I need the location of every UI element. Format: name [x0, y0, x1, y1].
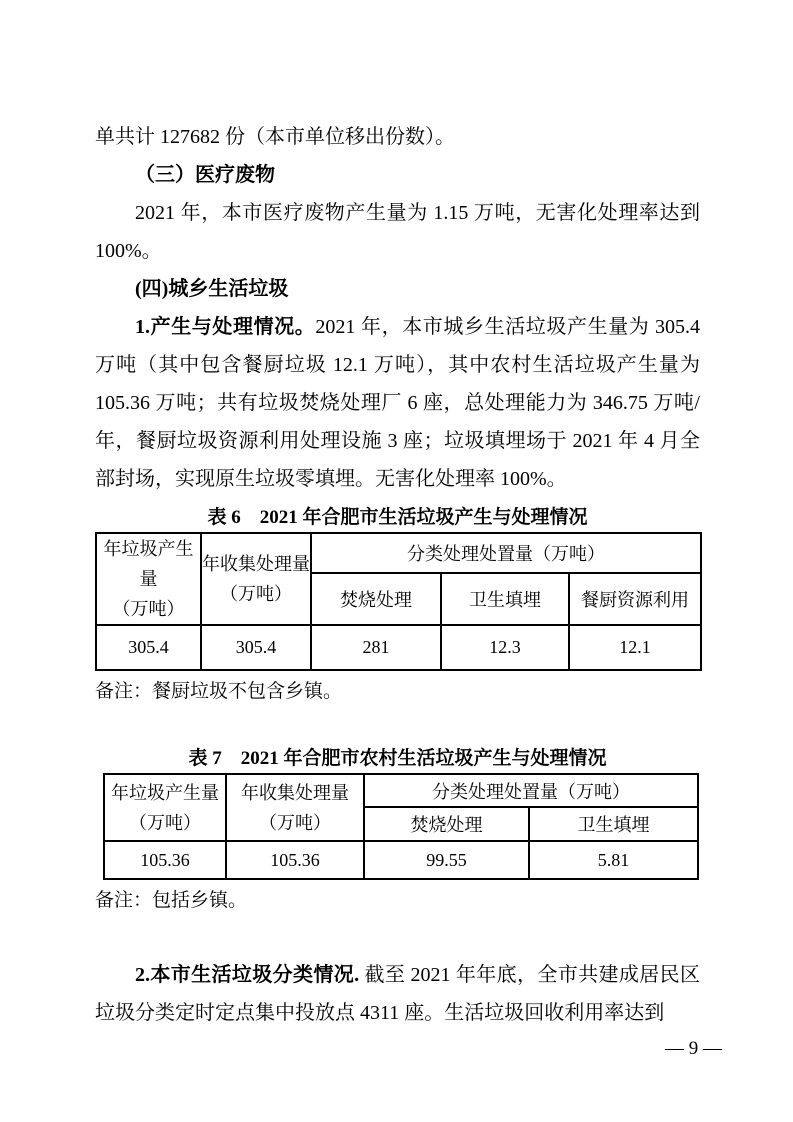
paragraph-generation-treatment: 1.产生与处理情况。2021 年，本市城乡生活垃圾产生量为 305.4 万吨（其… [95, 308, 700, 498]
table6-subheader-kitchen-recycling: 餐厨资源利用 [569, 573, 701, 625]
paragraph-1-lead: 1.产生与处理情况。 [135, 316, 315, 338]
table6-municipal-waste: 年垃圾产生量 （万吨） 年收集处理量 （万吨） 分类处理处置量（万吨） 焚烧处理… [95, 532, 702, 671]
table6-value-landfill: 12.3 [441, 625, 569, 670]
table7-caption: 表 7 2021 年合肥市农村生活垃圾产生与处理情况 [95, 745, 700, 773]
table7-header-annual-generation: 年垃圾产生量 （万吨） [104, 774, 226, 841]
table7-rural-waste: 年垃圾产生量 （万吨） 年收集处理量 （万吨） 分类处理处置量（万吨） 焚烧处理… [103, 773, 699, 880]
page-content: 单共计 127682 份（本市单位移出份数）。 （三）医疗废物 2021 年，本… [95, 118, 700, 1062]
table6-header-disposal-group: 分类处理处置量（万吨） [311, 533, 701, 573]
paragraph-medical-waste: 2021 年，本市医疗废物产生量为 1.15 万吨，无害化处理率达到 100%。 [95, 194, 700, 270]
table6-subheader-incineration: 焚烧处理 [311, 573, 441, 625]
paragraph-2-lead: 2.本市生活垃圾分类情况. [135, 964, 359, 986]
table6-caption: 表 6 2021 年合肥市生活垃圾产生与处理情况 [95, 504, 700, 532]
document-page: 单共计 127682 份（本市单位移出份数）。 （三）医疗废物 2021 年，本… [0, 0, 793, 1122]
table6-value-kitchen: 12.1 [569, 625, 701, 670]
table7-header-disposal-group: 分类处理处置量（万吨） [364, 774, 698, 807]
table7-value-landfill: 5.81 [529, 841, 698, 879]
table7-data-row: 105.36 105.36 99.55 5.81 [104, 841, 698, 879]
table6-data-row: 305.4 305.4 281 12.3 12.1 [96, 625, 701, 670]
table6-value-generation: 305.4 [96, 625, 201, 670]
table7-value-generation: 105.36 [104, 841, 226, 879]
table7-subheader-incineration: 焚烧处理 [364, 807, 529, 841]
table6-value-incineration: 281 [311, 625, 441, 670]
table6-value-collection: 305.4 [201, 625, 311, 670]
table7-note: 备注：包括乡镇。 [95, 888, 700, 914]
table7-value-collection: 105.36 [226, 841, 364, 879]
table7-header-annual-collection: 年收集处理量 （万吨） [226, 774, 364, 841]
table6-header-annual-collection: 年收集处理量 （万吨） [201, 533, 311, 625]
heading-medical-waste: （三）医疗废物 [95, 156, 700, 194]
paragraph-1-body: 2021 年，本市城乡生活垃圾产生量为 305.4 万吨（其中包含餐厨垃圾 12… [95, 316, 700, 490]
paragraph-waste-sorting: 2.本市生活垃圾分类情况. 截至 2021 年年底，全市共建成居民区垃圾分类定时… [95, 956, 700, 1032]
table7-subheader-landfill: 卫生填埋 [529, 807, 698, 841]
table6-subheader-landfill: 卫生填埋 [441, 573, 569, 625]
page-number: — 9 — [95, 1036, 722, 1062]
table6-header-annual-generation: 年垃圾产生量 （万吨） [96, 533, 201, 625]
paragraph-continuation: 单共计 127682 份（本市单位移出份数）。 [95, 118, 700, 156]
table6-note: 备注：餐厨垃圾不包含乡镇。 [95, 679, 700, 705]
heading-household-waste: (四)城乡生活垃圾 [95, 270, 700, 308]
table7-value-incineration: 99.55 [364, 841, 529, 879]
